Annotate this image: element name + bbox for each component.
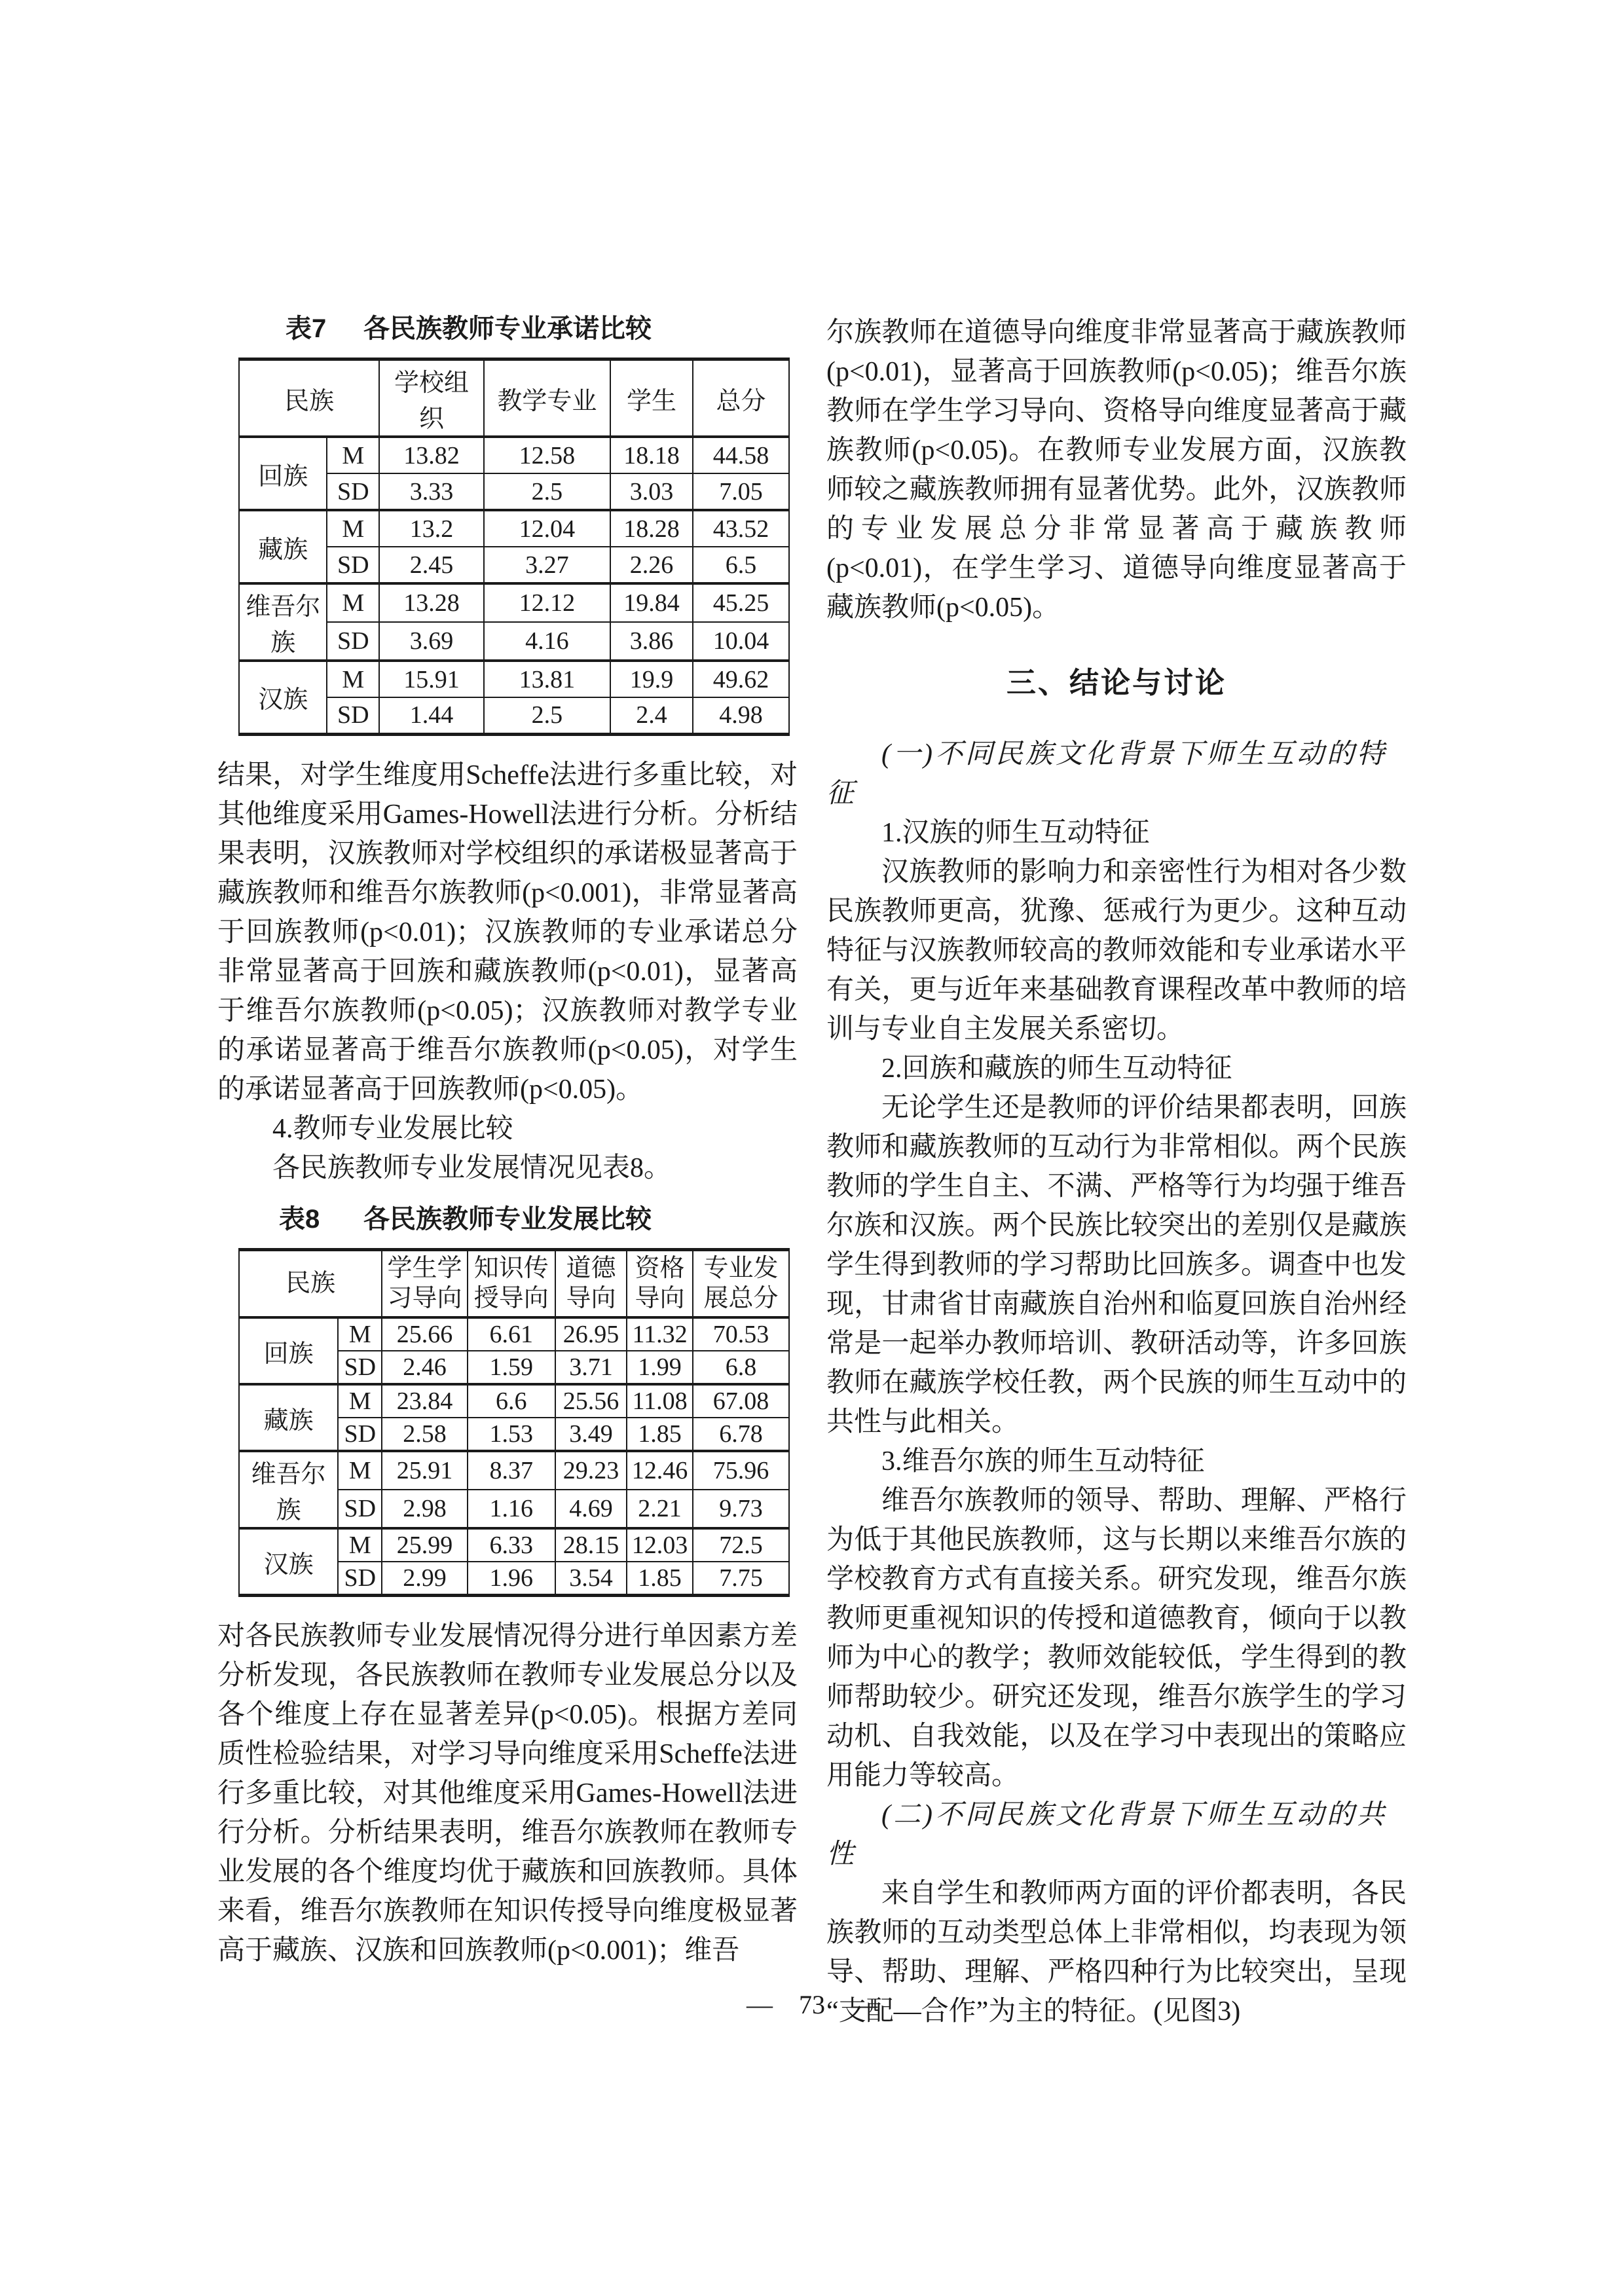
value-cell: 19.9 (610, 661, 693, 697)
paragraph-results-table7: 结果，对学生维度用Scheffe法进行多重比较，对其他维度采用Games-How… (217, 756, 798, 1109)
value-cell: 2.99 (382, 1562, 467, 1596)
stat-label-cell: SD (327, 622, 379, 661)
ethnic-group-cell: 汉族 (239, 661, 327, 734)
table-row: 汉族M15.9113.8119.949.62 (239, 661, 789, 697)
value-cell: 12.58 (484, 437, 610, 473)
value-cell: 3.33 (379, 473, 484, 510)
value-cell: 2.45 (379, 547, 484, 583)
value-cell: 7.75 (693, 1562, 789, 1596)
value-cell: 45.25 (693, 583, 789, 622)
stat-label-cell: M (338, 1528, 382, 1562)
value-cell: 11.08 (627, 1384, 693, 1418)
value-cell: 43.52 (693, 510, 789, 547)
value-cell: 28.15 (555, 1528, 627, 1562)
value-cell: 2.58 (382, 1418, 467, 1451)
table-row: 藏族M13.212.0418.2843.52 (239, 510, 789, 547)
subsection-heading-2: (二)不同民族文化背景下师生互动的共性 (826, 1795, 1407, 1874)
value-cell: 1.99 (627, 1351, 693, 1384)
table7-header-row: 民族 学校组织 教学专业 学生 总分 (239, 359, 789, 437)
table-row: 藏族M23.846.625.5611.0867.08 (239, 1384, 789, 1418)
value-cell: 25.99 (382, 1528, 467, 1562)
value-cell: 3.69 (379, 622, 484, 661)
right-column: 尔族教师在道德导向维度非常显著高于藏族教师(p<0.01)，显著高于回族教师(p… (826, 313, 1407, 2031)
stat-label-cell: M (327, 583, 379, 622)
point-heading-hui-tibetan: 2.回族和藏族的师生互动特征 (826, 1049, 1407, 1088)
stat-label-cell: M (327, 510, 379, 547)
stat-label-cell: M (338, 1451, 382, 1490)
column-header: 资格导向 (627, 1249, 693, 1317)
page-number: — 73 — (0, 1989, 1624, 2021)
value-cell: 12.12 (484, 583, 610, 622)
value-cell: 1.96 (468, 1562, 555, 1596)
stat-label-cell: M (327, 661, 379, 697)
subsection-heading-1: (一)不同民族文化背景下师生互动的特征 (826, 735, 1407, 813)
value-cell: 25.66 (382, 1317, 467, 1351)
column-header: 学生学习导向 (382, 1249, 467, 1317)
value-cell: 2.4 (610, 697, 693, 734)
value-cell: 1.85 (627, 1562, 693, 1596)
value-cell: 6.6 (468, 1384, 555, 1418)
ethnic-group-cell: 回族 (239, 437, 327, 510)
value-cell: 4.69 (555, 1490, 627, 1528)
stat-label-cell: M (327, 437, 379, 473)
stat-label-cell: M (338, 1384, 382, 1418)
column-header: 民族 (239, 1249, 382, 1317)
value-cell: 2.26 (610, 547, 693, 583)
value-cell: 67.08 (693, 1384, 789, 1418)
value-cell: 7.05 (693, 473, 789, 510)
value-cell: 26.95 (555, 1317, 627, 1351)
stat-label-cell: SD (338, 1418, 382, 1451)
value-cell: 12.46 (627, 1451, 693, 1490)
table7-caption: 表7 各民族教师专业承诺比较 (217, 313, 798, 344)
ethnic-group-cell: 维吾尔族 (239, 583, 327, 661)
column-header: 教学专业 (484, 359, 610, 437)
table-row: 维吾尔族M25.918.3729.2312.4675.96 (239, 1451, 789, 1490)
table8-title: 各民族教师专业发展比较 (363, 1205, 652, 1234)
value-cell: 2.21 (627, 1490, 693, 1528)
value-cell: 2.98 (382, 1490, 467, 1528)
value-cell: 29.23 (555, 1451, 627, 1490)
value-cell: 3.27 (484, 547, 610, 583)
stat-label-cell: SD (327, 697, 379, 734)
table8: 民族 学生学习导向 知识传授导向 道德导向 资格导向 专业发展总分 回族M25.… (238, 1248, 790, 1598)
value-cell: 1.59 (468, 1351, 555, 1384)
paragraph-han-interaction: 汉族教师的影响力和亲密性行为相对各少数民族教师更高，犹豫、惩戒行为更少。这种互动… (826, 853, 1407, 1049)
stat-label-cell: SD (327, 473, 379, 510)
table7-label: 表7 (286, 313, 326, 344)
value-cell: 2.5 (484, 473, 610, 510)
paragraph-results-table8: 对各民族教师专业发展情况得分进行单因素方差分析发现，各民族教师在教师专业发展总分… (217, 1617, 798, 1970)
value-cell: 70.53 (693, 1317, 789, 1351)
table7-title: 各民族教师专业承诺比较 (363, 314, 652, 343)
value-cell: 23.84 (382, 1384, 467, 1418)
ethnic-group-cell: 藏族 (239, 1384, 338, 1451)
value-cell: 44.58 (693, 437, 789, 473)
table-row: 回族M25.666.6126.9511.3270.53 (239, 1317, 789, 1351)
value-cell: 75.96 (693, 1451, 789, 1490)
value-cell: 9.73 (693, 1490, 789, 1528)
table8-label: 表8 (279, 1203, 320, 1235)
value-cell: 13.81 (484, 661, 610, 697)
table8-header-row: 民族 学生学习导向 知识传授导向 道德导向 资格导向 专业发展总分 (239, 1249, 789, 1317)
value-cell: 25.91 (382, 1451, 467, 1490)
value-cell: 13.82 (379, 437, 484, 473)
stat-label-cell: M (338, 1317, 382, 1351)
value-cell: 25.56 (555, 1384, 627, 1418)
ethnic-group-cell: 回族 (239, 1317, 338, 1384)
point-heading-han: 1.汉族的师生互动特征 (826, 813, 1407, 853)
column-header: 民族 (239, 359, 379, 437)
value-cell: 8.37 (468, 1451, 555, 1490)
left-column: 表7 各民族教师专业承诺比较 民族 学校组织 教学专业 学生 总分 回族M13.… (217, 313, 798, 1970)
value-cell: 3.03 (610, 473, 693, 510)
value-cell: 13.2 (379, 510, 484, 547)
stat-label-cell: SD (338, 1490, 382, 1528)
section-heading-conclusion: 三、结论与讨论 (826, 665, 1407, 701)
point-heading-uyghur: 3.维吾尔族的师生互动特征 (826, 1442, 1407, 1481)
paper-page: 表7 各民族教师专业承诺比较 民族 学校组织 教学专业 学生 总分 回族M13.… (0, 0, 1624, 2295)
column-header: 道德导向 (555, 1249, 627, 1317)
value-cell: 4.16 (484, 622, 610, 661)
paragraph-hui-tibetan-interaction: 无论学生还是教师的评价结果都表明，回族教师和藏族教师的互动行为非常相似。两个民族… (826, 1088, 1407, 1442)
list-item-4: 4.教师专业发展比较 (217, 1109, 798, 1148)
column-header: 知识传授导向 (468, 1249, 555, 1317)
table7: 民族 学校组织 教学专业 学生 总分 回族M13.8212.5818.1844.… (238, 358, 790, 736)
paragraph-continuation: 尔族教师在道德导向维度非常显著高于藏族教师(p<0.01)，显著高于回族教师(p… (826, 313, 1407, 627)
stat-label-cell: SD (338, 1351, 382, 1384)
table-row: 汉族M25.996.3328.1512.0372.5 (239, 1528, 789, 1562)
stat-label-cell: SD (338, 1562, 382, 1596)
value-cell: 1.85 (627, 1418, 693, 1451)
value-cell: 3.54 (555, 1562, 627, 1596)
column-header: 学生 (610, 359, 693, 437)
ethnic-group-cell: 藏族 (239, 510, 327, 583)
value-cell: 1.16 (468, 1490, 555, 1528)
stat-label-cell: SD (327, 547, 379, 583)
paragraph-see-table8: 各民族教师专业发展情况见表8。 (217, 1148, 798, 1188)
value-cell: 10.04 (693, 622, 789, 661)
value-cell: 13.28 (379, 583, 484, 622)
value-cell: 72.5 (693, 1528, 789, 1562)
value-cell: 12.03 (627, 1528, 693, 1562)
value-cell: 2.5 (484, 697, 610, 734)
ethnic-group-cell: 汉族 (239, 1528, 338, 1596)
value-cell: 1.53 (468, 1418, 555, 1451)
table-row: 回族M13.8212.5818.1844.58 (239, 437, 789, 473)
table8-caption: 表8 各民族教师专业发展比较 (217, 1203, 798, 1235)
value-cell: 18.28 (610, 510, 693, 547)
value-cell: 15.91 (379, 661, 484, 697)
value-cell: 4.98 (693, 697, 789, 734)
value-cell: 11.32 (627, 1317, 693, 1351)
value-cell: 19.84 (610, 583, 693, 622)
value-cell: 3.86 (610, 622, 693, 661)
table-row: 维吾尔族M13.2812.1219.8445.25 (239, 583, 789, 622)
value-cell: 49.62 (693, 661, 789, 697)
paragraph-uyghur-interaction: 维吾尔族教师的领导、帮助、理解、严格行为低于其他民族教师，这与长期以来维吾尔族的… (826, 1481, 1407, 1795)
value-cell: 6.5 (693, 547, 789, 583)
value-cell: 3.49 (555, 1418, 627, 1451)
value-cell: 18.18 (610, 437, 693, 473)
value-cell: 1.44 (379, 697, 484, 734)
column-header: 学校组织 (379, 359, 484, 437)
column-header: 专业发展总分 (693, 1249, 789, 1317)
value-cell: 6.33 (468, 1528, 555, 1562)
value-cell: 3.71 (555, 1351, 627, 1384)
value-cell: 6.8 (693, 1351, 789, 1384)
column-header: 总分 (693, 359, 789, 437)
ethnic-group-cell: 维吾尔族 (239, 1451, 338, 1528)
value-cell: 6.61 (468, 1317, 555, 1351)
value-cell: 6.78 (693, 1418, 789, 1451)
value-cell: 12.04 (484, 510, 610, 547)
value-cell: 2.46 (382, 1351, 467, 1384)
